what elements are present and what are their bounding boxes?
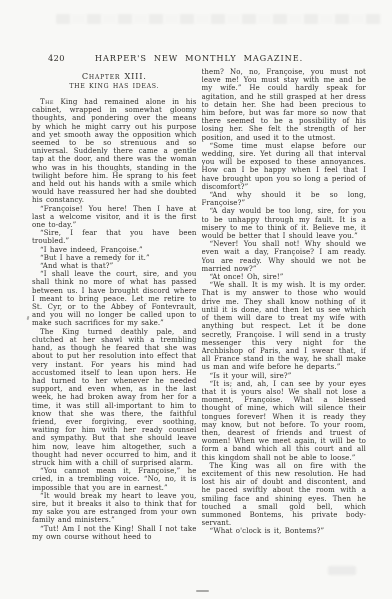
text-columns: Chapter XIII. THE KING HAS IDEAS. The Ki…	[32, 68, 366, 564]
paragraph: The King turned deathly pale, and clutch…	[32, 328, 197, 467]
left-column-text: The King had remained alone in his cabin…	[32, 98, 197, 541]
paragraph: “Never! You shall not! Why should we eve…	[202, 240, 367, 273]
scan-speck	[27, 316, 30, 320]
paragraph: “Tut! Am I not the King! Shall I not tak…	[32, 525, 197, 541]
scan-smudge-bottom-right	[328, 566, 356, 575]
paragraph: “At once! Oh, sire!”	[202, 273, 367, 281]
page-header: 420 HARPER'S NEW MONTHLY MAGAZINE.	[32, 52, 366, 64]
left-column: Chapter XIII. THE KING HAS IDEAS. The Ki…	[32, 68, 197, 564]
right-column: them? No, no, Françoise, you must not le…	[202, 68, 367, 564]
paragraph: “And why should it be so long, Françoise…	[202, 191, 367, 207]
scan-artifact-band	[56, 14, 382, 24]
small-caps-lead: The	[40, 98, 54, 106]
chapter-heading: Chapter XIII.	[32, 72, 197, 81]
paragraph: “Some time must elapse before our weddin…	[202, 142, 367, 191]
paragraph: “You cannot mean it, Françoise,” he crie…	[32, 467, 197, 492]
paragraph: “A day would be too long, sire, for you …	[202, 207, 367, 240]
right-column-text: them? No, no, Françoise, you must not le…	[202, 68, 367, 536]
paragraph: them? No, no, Françoise, you must not le…	[202, 68, 367, 142]
paragraph: “Is it your will, sire?”	[202, 372, 367, 380]
paragraph: “But I have a remedy for it.”	[32, 254, 197, 262]
paragraph: The King had remained alone in his cabin…	[32, 98, 197, 205]
paragraph: “And what is that?”	[32, 262, 197, 270]
paragraph: “I have indeed, Françoise.”	[32, 246, 197, 254]
paragraph: The King was all on fire with the excite…	[202, 462, 367, 528]
chapter-subtitle: THE KING HAS IDEAS.	[32, 83, 197, 91]
paragraph: “I shall leave the court, sire, and you …	[32, 270, 197, 327]
paragraph: “Françoise! You here! Then I have at las…	[32, 205, 197, 230]
paragraph: “Sire, I fear that you have been trouble…	[32, 229, 197, 245]
paragraph: “What o'clock is it, Bontems?”	[202, 527, 367, 535]
magazine-title: HARPER'S NEW MONTHLY MAGAZINE.	[32, 52, 366, 64]
paragraph: “We shall. It is my wish. It is my order…	[202, 281, 367, 371]
scan-mark-bottom	[196, 590, 209, 592]
paragraph: “It would break my heart to leave you, s…	[32, 492, 197, 525]
magazine-page: 420 HARPER'S NEW MONTHLY MAGAZINE. Chapt…	[0, 0, 392, 599]
paragraph: “It is; and, ah, I can see by your eyes …	[202, 380, 367, 462]
